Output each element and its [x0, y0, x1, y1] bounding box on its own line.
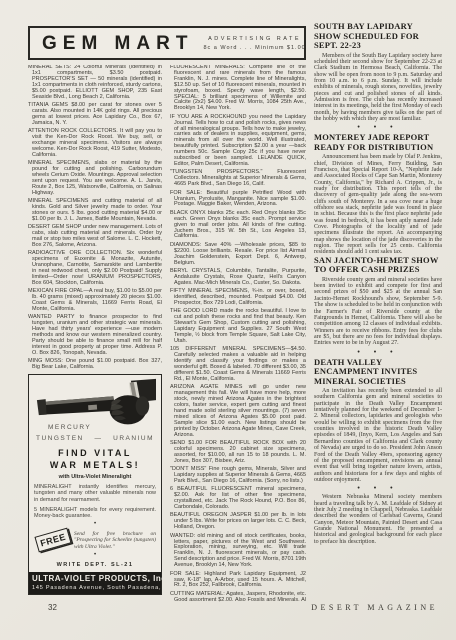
- write-dept-line: WRITE DEPT. SL-21: [34, 562, 156, 568]
- article-body: Riverside county gem and mineral societi…: [314, 277, 442, 347]
- classified-ad: MING MOSS: One pound $1.00 postpaid. Box…: [28, 359, 162, 371]
- metal-label-uranium: URANIUM: [113, 435, 154, 442]
- classified-ad: RADIOACTIVE ORE COLLECTION. Six wonderfu…: [28, 251, 162, 286]
- classified-ad: DESERT GEM SHOP under new management. Lo…: [28, 225, 162, 249]
- metal-label-tungsten: TUNGSTEN: [36, 435, 84, 442]
- article-headline: DEATH VALLEY ENCAMPMENT INVITES MINERAL …: [314, 358, 442, 387]
- classified-column-2: FLUORESCENT MINERALS: Complete line of t…: [170, 65, 306, 603]
- classified-ad: DIAMONDS: Save 40% —Wholesale prices, $8…: [170, 243, 306, 267]
- metal-labels: MERCURY TUNGSTEN — URANIUM: [34, 424, 156, 442]
- classified-ad: FOR SALE: Beautiful purple Petrified Woo…: [170, 191, 306, 209]
- classified-ad: THE GOOD LORD made the rocks beautiful. …: [170, 309, 306, 344]
- hand-holding-lamp-illustration: [34, 378, 156, 430]
- classified-ad: MINERAL SPECIMENS and cutting material o…: [28, 199, 162, 223]
- free-badge: FREE: [34, 528, 71, 553]
- page-layout: GEM MART ADVERTISING RATE 8c a Word . . …: [28, 26, 442, 603]
- article-headline: MONTEREY JADE REPORT READY FOR DISTRIBUT…: [314, 133, 442, 152]
- classified-ad: WANTED: old mining and oil stock certifi…: [170, 534, 306, 569]
- news-column: SOUTH BAY LAPIDARY SHOW SCHEDULED FOR SE…: [314, 22, 442, 603]
- free-offer-row: FREE Send for free brochure on "Prospect…: [34, 530, 156, 550]
- brochure-offer-text: Send for free brochure on "Prospecting f…: [74, 531, 156, 550]
- ad-headline-line2: WAR METALS!: [34, 460, 156, 471]
- classified-ad: IF YOU ARE A ROCKHOUND you need the Lapi…: [170, 115, 306, 168]
- ad-body-text: MINERALIGHT instantly identifies mercury…: [34, 484, 156, 503]
- classified-ad: "DON'T MISS" Fine rough gems, Minerals, …: [170, 467, 306, 485]
- article-headline: SAN JACINTO-HEMET SHOW TO OFFER CASH PRI…: [314, 256, 442, 275]
- classified-ad: BLACK ONYX blanks 25c each. Red Onyx bla…: [170, 211, 306, 241]
- classified-ad: ATTENTION ROCK COLLECTORS. It will pay y…: [28, 129, 162, 159]
- classified-ad: MINERAL SPECIMENS, slabs or material by …: [28, 161, 162, 196]
- classified-ad: FLUORESCENT MINERALS: Complete line of t…: [170, 65, 306, 112]
- ultra-violet-display-ad: MERCURY TUNGSTEN — URANIUM FIND VITAL WA…: [28, 374, 162, 595]
- classified-ad: CUTTING MATERIAL: Agates, Jaspers, Rhodo…: [170, 592, 306, 603]
- company-name: ULTRA-VIOLET PRODUCTS, Inc.: [32, 574, 158, 583]
- classified-ad: 6 BEAUTIFUL FLUORESCENT mineral specimen…: [170, 487, 306, 511]
- classified-ad: SEND $1.00 FOR BEAUTIFUL ROCK BOX with 2…: [170, 441, 306, 465]
- classified-ad: WANTED PARTY to finance prospector to fi…: [28, 315, 162, 356]
- section-divider: • • •: [314, 349, 442, 356]
- advertising-rate-label: ADVERTISING RATE: [203, 36, 305, 42]
- ad-headline-line1: FIND VITAL: [34, 448, 156, 459]
- article-body: Members of the South Bay Lapidary societ…: [314, 53, 442, 123]
- classified-ad: 105 DIFFERENT MINERAL SPECIMENS—$4.50. C…: [170, 347, 306, 382]
- ad-subhead: with Ultra-Violet Mineralight: [34, 474, 156, 480]
- classified-ad: FOR SALE: Highland Park Lapidary Equipme…: [170, 572, 306, 590]
- page-footer: 32 DESERT MAGAZINE: [48, 603, 438, 612]
- classified-columns: MINERAL SETS: 24 Colorful Minerals (iden…: [28, 65, 306, 603]
- section-divider: • • •: [314, 485, 442, 492]
- article-body: Western Nebraska Mineral society members…: [314, 494, 442, 545]
- classified-ad: "TUNGSTEN PROSPECTORS." Fluorescent Coll…: [170, 170, 306, 188]
- magazine-name: DESERT MAGAZINE: [311, 603, 438, 612]
- section-divider: • • •: [314, 124, 442, 131]
- article-body: An invitation has recently been extended…: [314, 388, 442, 483]
- metal-label-mercury: MERCURY: [48, 424, 156, 431]
- ad-body-text: 5 MINERALIGHT models for every requireme…: [34, 507, 156, 520]
- classified-ad: MEXICAN FIRE OPAL—A real buy, $1.00 to $…: [28, 289, 162, 313]
- company-band: ULTRA-VIOLET PRODUCTS, Inc. 145 Pasadena…: [29, 572, 161, 594]
- classified-ad: TITANIA GEMS $8.00 per carat for stones …: [28, 103, 162, 127]
- classifieds-region: GEM MART ADVERTISING RATE 8c a Word . . …: [28, 26, 306, 603]
- magazine-page: GEM MART ADVERTISING RATE 8c a Word . . …: [0, 0, 456, 640]
- classified-ad: ARIZONA AGATE MINES will go under new ma…: [170, 385, 306, 438]
- section-title: GEM MART: [42, 34, 193, 53]
- page-number: 32: [48, 603, 57, 612]
- gem-mart-header: GEM MART ADVERTISING RATE 8c a Word . . …: [28, 26, 306, 60]
- classified-ad: BEAUTIFUL OREGON JASPER $1.00 per lb. in…: [170, 513, 306, 531]
- classified-ad: MINERAL SETS: 24 Colorful Minerals (iden…: [28, 65, 162, 100]
- classified-ad: BERYL CRYSTALS, Columbite, Tantalite, Pu…: [170, 269, 306, 287]
- classified-ad: FIFTY MINERAL SPECIMENS, ¾-in. or over, …: [170, 289, 306, 307]
- company-address: 145 Pasadena Avenue, South Pasadena, Cal…: [32, 585, 158, 591]
- article-headline: SOUTH BAY LAPIDARY SHOW SCHEDULED FOR SE…: [314, 22, 442, 51]
- bullet-separator: •: [34, 553, 156, 558]
- advertising-rate: ADVERTISING RATE 8c a Word . . . Minimum…: [203, 36, 305, 51]
- dash-separator: —: [94, 435, 102, 442]
- classified-column-1: MINERAL SETS: 24 Colorful Minerals (iden…: [28, 65, 162, 603]
- bullet-separator: •: [34, 522, 156, 527]
- advertising-rate-value: 8c a Word . . . Minimum $1.00: [203, 45, 305, 51]
- article-body: Announcement has been made by Olaf P. Je…: [314, 154, 442, 256]
